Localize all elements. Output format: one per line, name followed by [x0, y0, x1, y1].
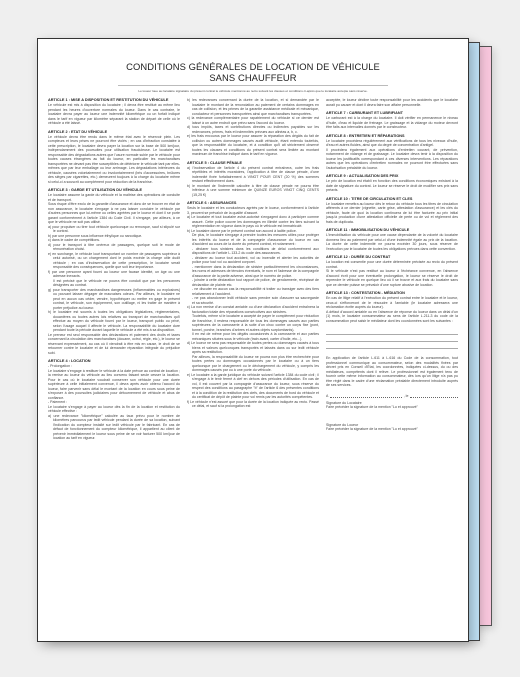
article-6: ARTICLE 6 : ASSURANCES Seuls le locatair… — [187, 201, 319, 409]
date-prefix: , le — [404, 394, 409, 398]
list-item: c) La non remise d'un constat amiable ou… — [187, 305, 319, 314]
article-title: ARTICLE 9 : ACTUALISATION DES PRIX — [326, 174, 458, 179]
article-title: ARTICLE 10 : TITRE DE CIRCULATION ET CLE… — [326, 197, 458, 202]
article-title: ARTICLE 3 : GARDE ET UTILISATION DU VÉHI… — [48, 188, 180, 193]
article-7: ARTICLE 7 : CARBURANT ET LUBRIFIANT Le c… — [326, 111, 458, 130]
list-item: h) le locataire est soumis à toutes les … — [48, 310, 180, 333]
article-text: Il procédera également aux opérations d'… — [326, 148, 458, 171]
list-item: f) Le véhicule n'est assuré que pour la … — [187, 400, 319, 409]
list-item: a) l'inobservation de l'article 4 du pré… — [187, 166, 319, 184]
article-text: Le preneur est seul responsable des décl… — [48, 333, 180, 356]
column-2: b) les redevances concernant la durée de… — [187, 98, 319, 446]
column-1: ARTICLE 1 : MISE A DISPOSITION ET RESTIT… — [48, 98, 180, 446]
list-item: d) Le loueur ne sera pas responsable de … — [187, 341, 319, 355]
dash-item: - ne pas abandonner ledit véhicule sans … — [187, 296, 319, 305]
article-text: Le locataire s'engage à restituer le véh… — [48, 369, 180, 401]
article-4: ARTICLE 4 : LOCATION - Prolongation : Le… — [48, 359, 180, 441]
list-item: a) Le locataire et tout locataire avisé-… — [187, 215, 319, 229]
article-title: ARTICLE 4 : LOCATION — [48, 359, 180, 364]
article-8: ARTICLE 8 : ENTRETIEN ET RÉPARATIONS Le … — [326, 134, 458, 171]
list-item: e) les frais encourus par le loueur pour… — [187, 134, 319, 157]
article-text: acceptée, le loueur décline toute respon… — [326, 98, 458, 107]
article-title: ARTICLE 12 : DURÉE DU CONTRAT — [326, 255, 458, 260]
text-columns: ARTICLE 1 : MISE A DISPOSITION ET RESTIT… — [48, 98, 458, 446]
article-title: ARTICLE 11 : IMMOBILISATION DU VÉHICULE — [326, 228, 458, 233]
article-1: ARTICLE 1 : MISE A DISPOSITION ET RESTIT… — [48, 98, 180, 126]
article-text: Le carburant est à la charge du locatair… — [326, 116, 458, 130]
list-item: c) la redevance complémentaire pour rapa… — [187, 116, 319, 125]
dash-item: - déclarer tous sinistres dans les condi… — [187, 247, 319, 256]
article-text: Le véhicule est mis à disposition du loc… — [48, 103, 180, 126]
article-text: Le locataire procédera régulièrement aux… — [326, 139, 458, 148]
article-text: Le locataire remettra au loueur dès le r… — [326, 202, 458, 225]
list-item: b) les redevances concernant la durée de… — [187, 98, 319, 116]
article-title: ARTICLE 6 : ASSURANCES — [187, 201, 319, 206]
dash-item: - ne discuter en aucun cas la responsabi… — [187, 287, 319, 296]
document-title: CONDITIONS GÉNÉRALES DE LOCATION DE VÉHI… — [118, 61, 388, 86]
dash-item: - déclarer au loueur tout accident, vol … — [187, 256, 319, 265]
article-text: Sous risque d'être exclu de la garantie … — [48, 202, 180, 225]
article-title: ARTICLE 5 : CLAUSE PÉNALE — [187, 161, 319, 166]
list-item: d) tous impôts, taxes et contributions d… — [187, 125, 319, 134]
article-text: Seuls le locataire et les conducteurs ag… — [187, 206, 319, 215]
article-title: ARTICLE 2 : ETAT DU VÉHICULE — [48, 130, 180, 135]
article-5: ARTICLE 5 : CLAUSE PÉNALE a) l'inobserva… — [187, 161, 319, 198]
column-3: acceptée, le loueur décline toute respon… — [326, 98, 458, 446]
list-item-note: Il est précisé que le véhicule ne pourra… — [48, 279, 180, 288]
article-text: La location est consentie pour une durée… — [326, 260, 458, 269]
article-text: Le locataire s'engage à payer au loueur … — [48, 405, 180, 414]
article-text: Le véhicule devra être rendu dans le mêm… — [48, 135, 180, 185]
place-date-row: A , le — [326, 394, 458, 398]
article-9: ARTICLE 9 : ACTUALISATION DES PRIX Le pr… — [326, 174, 458, 193]
list-item-cont: Il en est de même pour les dégâts occasi… — [187, 332, 319, 341]
dash-item: - mentionner dans la déclaration de sini… — [187, 265, 319, 279]
list-item: g) pour transporter des marchandises dan… — [48, 288, 180, 311]
blank-line[interactable] — [326, 342, 458, 349]
article-text: L'immobilisation du véhicule pour une ca… — [326, 233, 458, 251]
list-item: e) Le locataire a la garde juridique du … — [187, 373, 319, 400]
article-12: ARTICLE 12 : DURÉE DU CONTRAT La locatio… — [326, 255, 458, 287]
blank-line[interactable] — [326, 335, 458, 342]
article-title: ARTICLE 7 : CARBURANT ET LUBRIFIANT — [326, 111, 458, 116]
article-text: Si le véhicule n'est pas restitué au lou… — [326, 269, 458, 287]
date-field[interactable] — [410, 394, 458, 398]
place-field[interactable] — [330, 394, 401, 398]
signature-loueur-area[interactable] — [326, 432, 458, 446]
article-title: ARTICLE 13 : CONTESTATION - MÉDIATION — [326, 291, 458, 296]
article-13: ARTICLE 13 : CONTESTATION - MÉDIATION En… — [326, 291, 458, 388]
article-4-continued: b) les redevances concernant la durée de… — [187, 98, 319, 157]
signature-block: A , le Signature du Locataire Faire préc… — [326, 394, 458, 446]
article-3: ARTICLE 3 : GARDE ET UTILISATION DU VÉHI… — [48, 188, 180, 355]
blank-line[interactable] — [326, 328, 458, 335]
list-item-cont: De plus, le locataire s'engage à prendre… — [187, 233, 319, 247]
signature-locataire-area[interactable] — [326, 409, 458, 423]
list-item-cont: Par ailleurs, la responsabilité du loueu… — [187, 355, 319, 373]
article-text: En application de l'article L.611 à L.61… — [326, 356, 458, 388]
list-item: e) en surcharge, le véhicule loué transp… — [48, 252, 180, 270]
article-6-continued: acceptée, le loueur décline toute respon… — [326, 98, 458, 107]
article-11: ARTICLE 11 : IMMOBILISATION DU VÉHICULE … — [326, 228, 458, 251]
dash-item: - joindre à cette déclaration tout rappo… — [187, 278, 319, 287]
mediator-blank-lines[interactable] — [326, 328, 458, 349]
document-subtitle: Le loueur loue au locataire signataire d… — [48, 89, 458, 93]
article-2: ARTICLE 2 : ETAT DU VÉHICULE Le véhicule… — [48, 130, 180, 185]
list-item: b) le montant de l'indemnité calculée à … — [187, 184, 319, 198]
article-title: ARTICLE 8 : ENTRETIEN ET RÉPARATIONS — [326, 134, 458, 139]
place-prefix: A — [326, 394, 328, 398]
list-item-cont: Toutefois, même si le locataire a accept… — [187, 314, 319, 332]
document-page: CONDITIONS GÉNÉRALES DE LOCATION DE VÉHI… — [37, 38, 469, 642]
list-item: d) pour le transport à titre onéreux de … — [48, 243, 180, 252]
article-text: Le prix de location est établi en foncti… — [326, 179, 458, 193]
article-10: ARTICLE 10 : TITRE DE CIRCULATION ET CLE… — [326, 197, 458, 225]
list-item: a) une redevance "kilométrique" calculée… — [48, 414, 180, 441]
article-text: Le locataire assume la garde du véhicule… — [48, 193, 180, 202]
list-item: f) par une personne ayant fourni au loue… — [48, 270, 180, 279]
article-title: ARTICLE 1 : MISE A DISPOSITION ET RESTIT… — [48, 98, 180, 103]
article-text: En cas de litige relatif à l'exécution d… — [326, 296, 458, 310]
article-text: A défaut d'accord amiable ou en l'absenc… — [326, 310, 458, 324]
list-item: a) pour propulser ou tirer tout véhicule… — [48, 225, 180, 234]
